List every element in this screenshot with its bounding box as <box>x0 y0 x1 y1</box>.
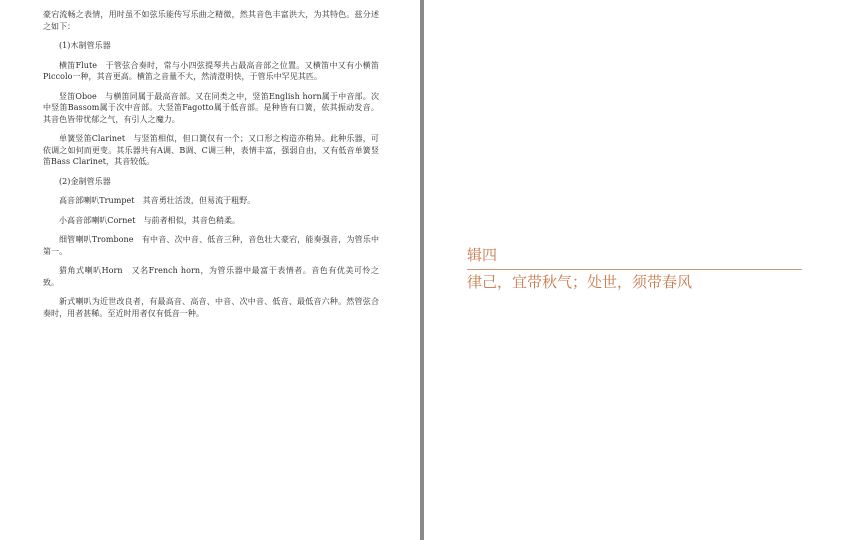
chapter-number: 辑四 <box>467 245 802 270</box>
chapter-title-block: 辑四 律己，宜带秋气；处世，须带春风 <box>467 245 802 293</box>
paragraph-flute: 横笛Flute 于管弦合奏时，常与小四弦提琴共占最高音部之位置。又横笛中又有小横… <box>43 60 379 83</box>
paragraph-new-horn: 新式喇叭为近世改良者，有最高音、高音、中音、次中音、低音、最低音六种。然管弦合奏… <box>43 296 379 319</box>
paragraph-clarinet: 单簧竖笛Clarinet 与竖笛相似，但口簧仅有一个；又口形之构造亦稍异。此种乐… <box>43 133 379 168</box>
chapter-title: 律己，宜带秋气；处世，须带春风 <box>467 271 802 293</box>
paragraph-intro: 豪宕流畅之表情，用时虽不如弦乐能传写乐曲之精微，然其音色丰富洪大，为其特色。兹分… <box>43 9 379 32</box>
right-page: 辑四 律己，宜带秋气；处世，须带春风 <box>424 0 843 540</box>
section-heading-brass: (2)金制管乐器 <box>43 176 379 188</box>
left-page: 豪宕流畅之表情，用时虽不如弦乐能传写乐曲之精微，然其音色丰富洪大，为其特色。兹分… <box>0 0 420 540</box>
paragraph-cornet: 小高音部喇叭Cornet 与前者相似，其音色稍柔。 <box>43 215 379 227</box>
paragraph-trumpet: 高音部喇叭Trumpet 其音勇壮活泼，但易流于粗野。 <box>43 195 379 207</box>
paragraph-trombone: 细管喇叭Trombone 有中音、次中音、低音三种，音色壮大豪宕，能奏强音，为管… <box>43 234 379 257</box>
body-text: 豪宕流畅之表情，用时虽不如弦乐能传写乐曲之精微，然其音色丰富洪大，为其特色。兹分… <box>43 9 379 327</box>
paragraph-horn: 猎角式喇叭Horn 又名French horn，为管乐器中最富于表情者。音色有优… <box>43 265 379 288</box>
paragraph-oboe: 竖笛Oboe 与横笛同属于最高音部。又在同类之中，竖笛English horn属… <box>43 91 379 126</box>
section-heading-woodwind: (1)木制管乐器 <box>43 40 379 52</box>
